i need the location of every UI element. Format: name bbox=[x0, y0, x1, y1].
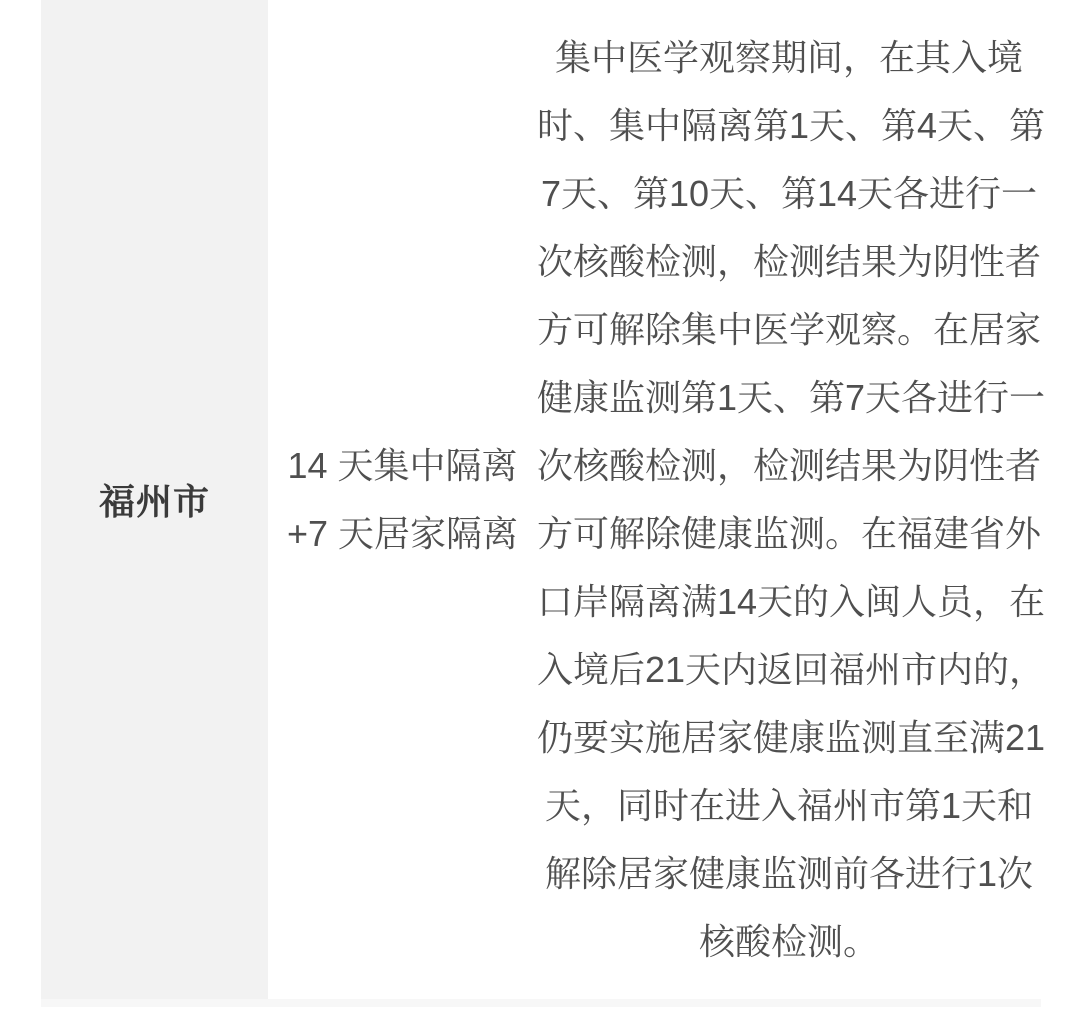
quarantine-policy-cell: 14 天集中隔离 +7 天居家隔离 bbox=[268, 0, 537, 999]
policy-detail-cell: 集中医学观察期间，在其入境 时、集中隔离第1天、第4天、第 7天、第10天、第1… bbox=[537, 0, 1041, 999]
detail-line: 天，同时在进入福州市第1天和 bbox=[537, 772, 1041, 840]
detail-line: 集中医学观察期间，在其入境 bbox=[537, 24, 1041, 92]
city-name: 福州市 bbox=[99, 474, 210, 525]
detail-line: 时、集中隔离第1天、第4天、第 bbox=[537, 92, 1041, 160]
detail-line: 方可解除健康监测。在福建省外 bbox=[537, 500, 1041, 568]
policy-line: +7 天居家隔离 bbox=[287, 500, 518, 568]
row-divider bbox=[41, 999, 1041, 1007]
document-page: 福州市 14 天集中隔离 +7 天居家隔离 集中医学观察期间，在其入境 时、集中… bbox=[0, 0, 1080, 1011]
detail-line: 核酸检测。 bbox=[537, 908, 1041, 976]
detail-line: 健康监测第1天、第7天各进行一 bbox=[537, 364, 1041, 432]
detail-line: 入境后21天内返回福州市内的， bbox=[537, 636, 1041, 704]
table-row: 福州市 14 天集中隔离 +7 天居家隔离 集中医学观察期间，在其入境 时、集中… bbox=[41, 0, 1041, 999]
detail-line: 口岸隔离满14天的入闽人员，在 bbox=[537, 568, 1041, 636]
detail-line: 次核酸检测，检测结果为阴性者 bbox=[537, 432, 1041, 500]
detail-line: 次核酸检测，检测结果为阴性者 bbox=[537, 228, 1041, 296]
city-cell: 福州市 bbox=[41, 0, 268, 999]
detail-line: 解除居家健康监测前各进行1次 bbox=[537, 840, 1041, 908]
detail-line: 方可解除集中医学观察。在居家 bbox=[537, 296, 1041, 364]
policy-line: 14 天集中隔离 bbox=[287, 432, 517, 500]
detail-line: 仍要实施居家健康监测直至满21 bbox=[537, 704, 1041, 772]
detail-line: 7天、第10天、第14天各进行一 bbox=[537, 160, 1041, 228]
